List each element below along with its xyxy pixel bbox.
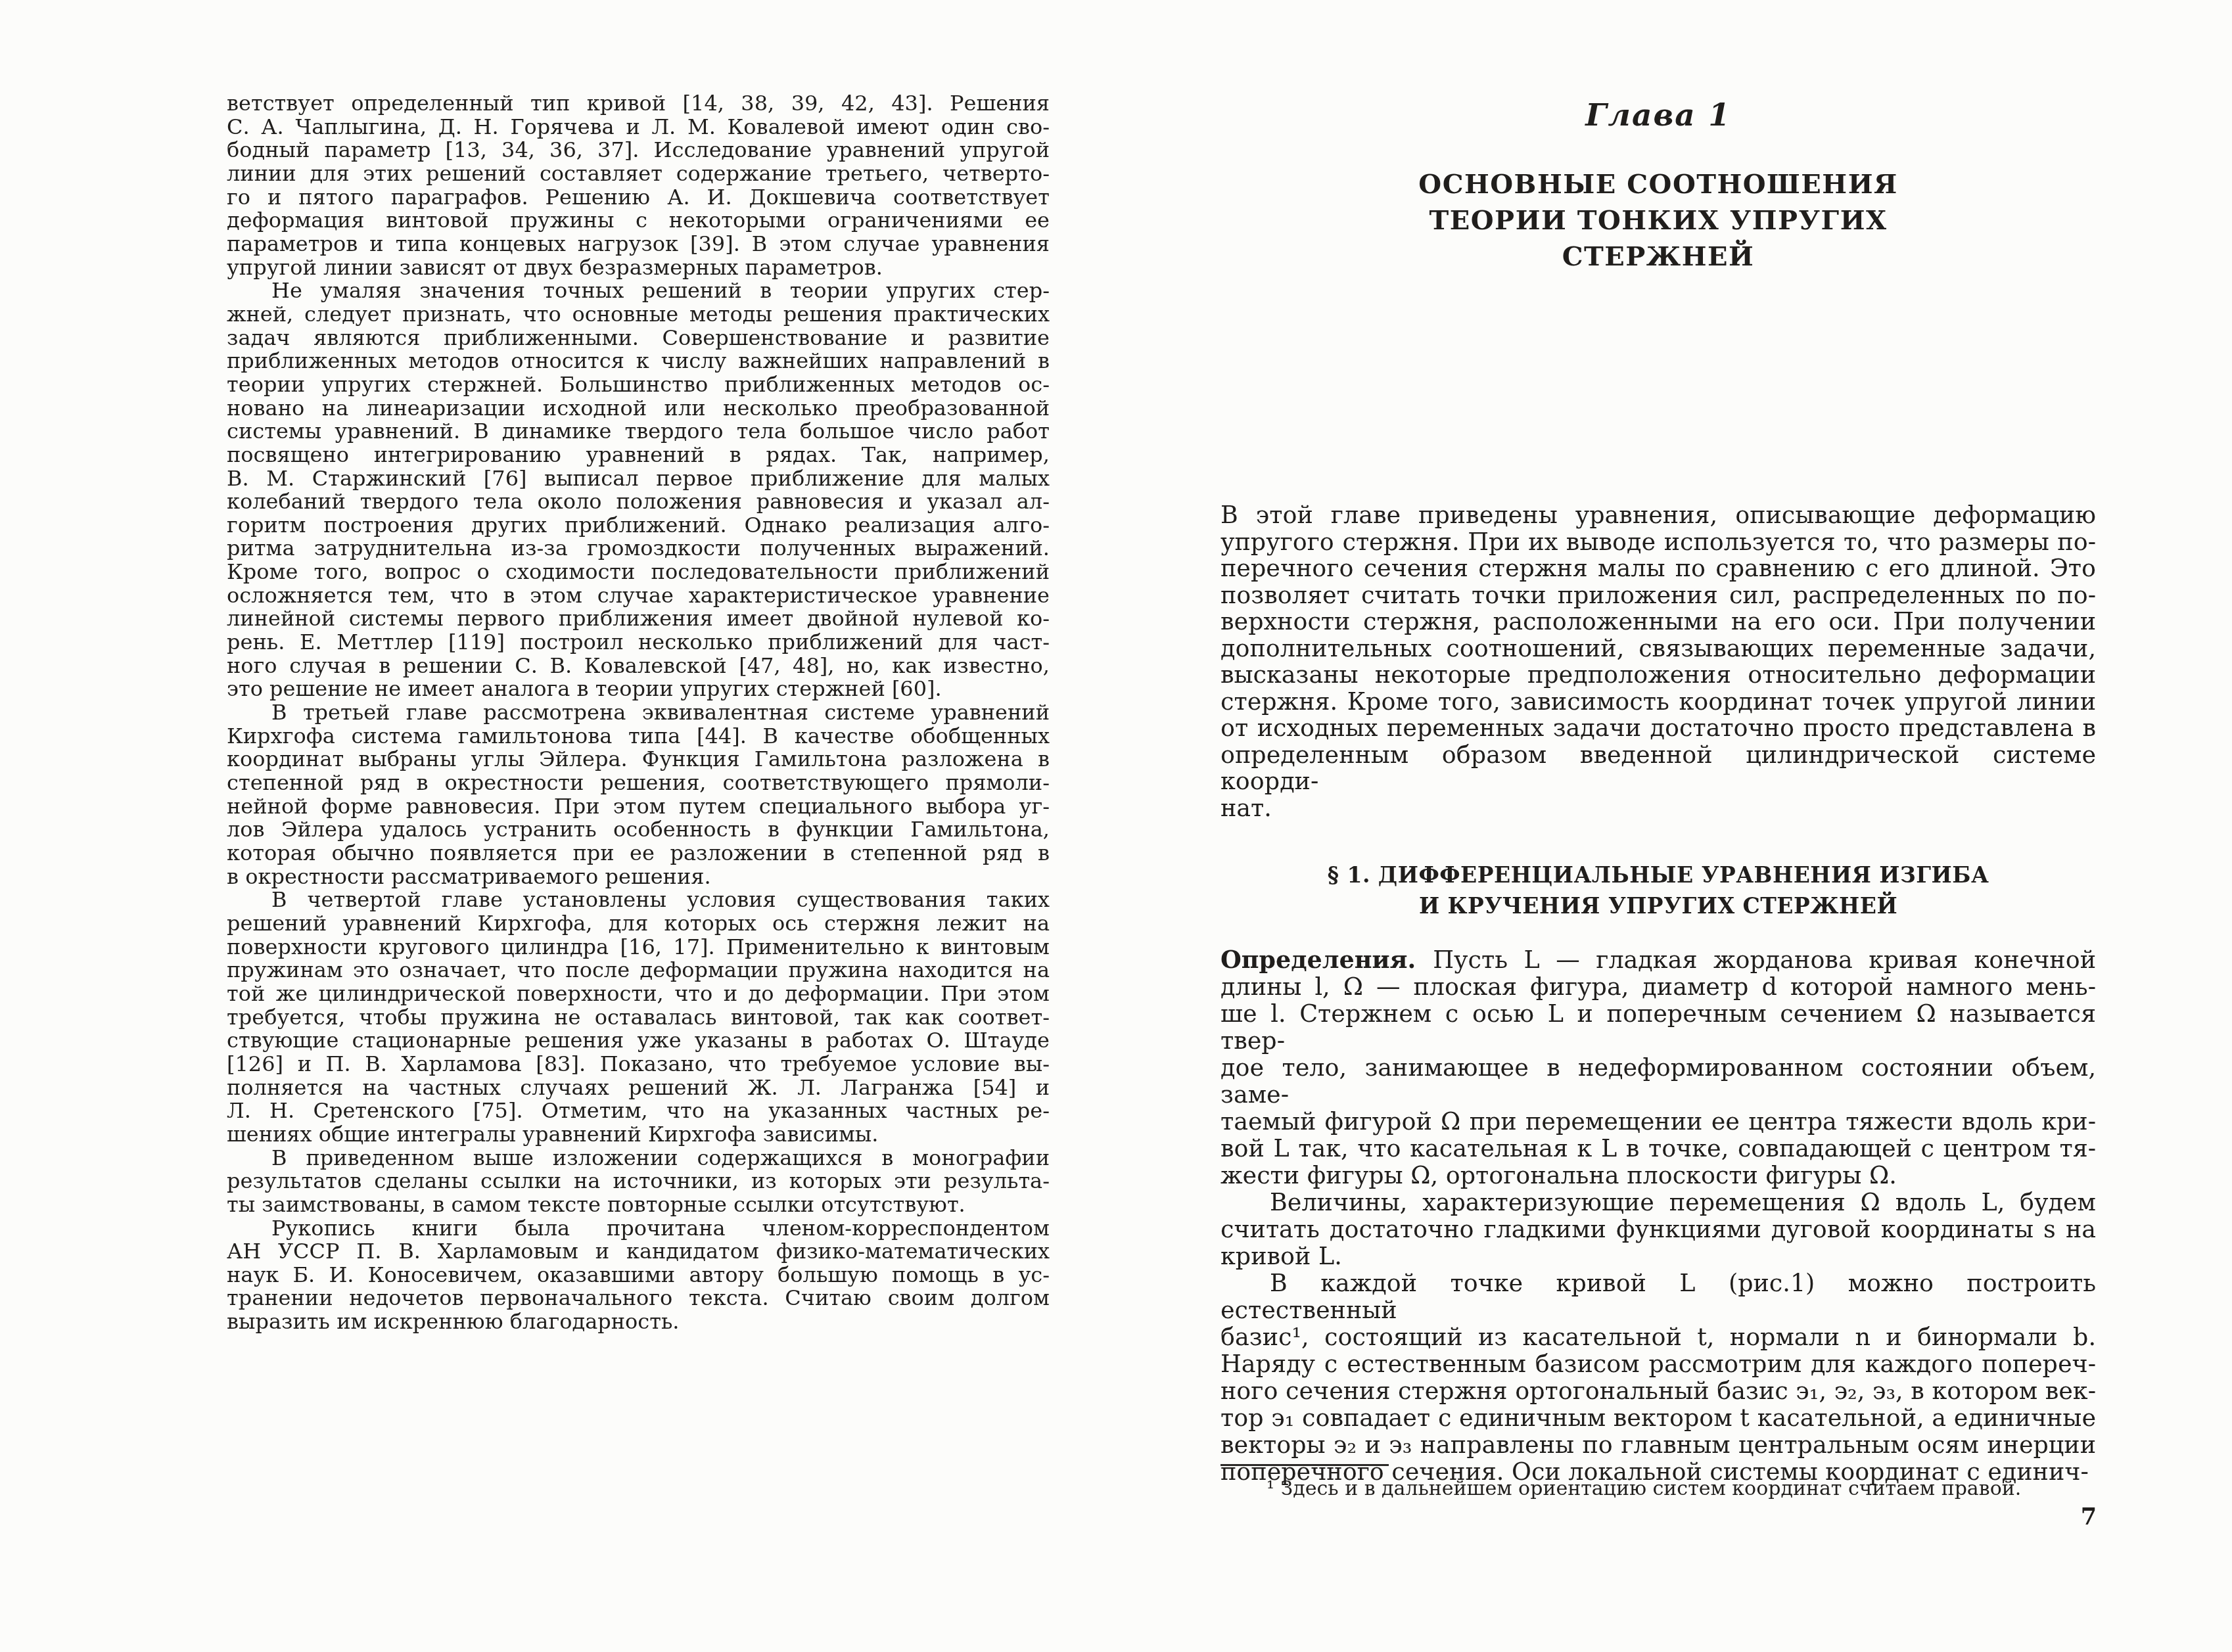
text-line: длины l, Ω — плоская фигура, диаметр d к… — [1221, 973, 2096, 1000]
text-line: перечного сечения стержня малы по сравне… — [1221, 555, 2096, 582]
text-line: позволяет считать точки приложения сил, … — [1221, 582, 2096, 609]
right-page: Глава 1 ОСНОВНЫЕ СООТНОШЕНИЯТЕОРИИ ТОНКИ… — [0, 0, 2232, 1652]
text-line: жести фигуры Ω, ортогональна плоскости ф… — [1221, 1162, 2096, 1189]
text-line: базис¹, состоящий из касательной t, норм… — [1221, 1323, 2096, 1350]
chapter-label: Глава 1 — [1221, 97, 2096, 133]
footnote-rule — [1221, 1464, 1389, 1466]
footnote: ¹ Здесь и в дальнейшем ориентацию систем… — [1221, 1477, 2096, 1501]
text-line: дое тело, занимающее в недеформированном… — [1221, 1054, 2096, 1108]
text-line: упругого стержня. При их выводе использу… — [1221, 529, 2096, 556]
book-spread: ветствует определенный тип кривой [14, 3… — [0, 0, 2232, 1652]
heading-line: ТЕОРИИ ТОНКИХ УПРУГИХ — [1221, 202, 2096, 239]
heading-line: СТЕРЖНЕЙ — [1221, 239, 2096, 275]
text-line: от исходных переменных задачи достаточно… — [1221, 715, 2096, 742]
text-line: В каждой точке кривой L (рис.1) можно по… — [1221, 1270, 2096, 1323]
chapter-title: ОСНОВНЫЕ СООТНОШЕНИЯТЕОРИИ ТОНКИХ УПРУГИ… — [1221, 166, 2096, 275]
chapter-intro-text: В этой главе приведены уравнения, описыв… — [1221, 502, 2096, 821]
section-heading: § 1. ДИФФЕРЕНЦИАЛЬНЫЕ УРАВНЕНИЯ ИЗГИБАИ … — [1221, 860, 2096, 921]
text-line: дополнительных соотношений, связывающих … — [1221, 635, 2096, 662]
section-text: Определения.Пусть L — гладкая жорданова … — [1221, 946, 2096, 1485]
text-line: векторы э₂ и э₃ направлены по главным це… — [1221, 1431, 2096, 1458]
text-line: нат. — [1221, 795, 2096, 822]
text-line: высказаны некоторые предположения относи… — [1221, 662, 2096, 689]
text-line: определенным образом введенной цилиндрич… — [1221, 742, 2096, 795]
text-line: вой L так, что касательная к L в точке, … — [1221, 1135, 2096, 1162]
text-line: считать достаточно гладкими функциями ду… — [1221, 1216, 2096, 1243]
text-line: ного сечения стержня ортогональный базис… — [1221, 1377, 2096, 1404]
text-line: верхности стержня, расположенными на его… — [1221, 608, 2096, 635]
heading-line: ОСНОВНЫЕ СООТНОШЕНИЯ — [1221, 166, 2096, 202]
paragraph-lead-in: Определения. — [1221, 946, 1416, 974]
text-line: таемый фигурой Ω при перемещении ее цент… — [1221, 1108, 2096, 1135]
text-line: тор э₁ совпадает с единичным вектором t … — [1221, 1404, 2096, 1431]
text-line: кривой L. — [1221, 1243, 2096, 1270]
text-line: Наряду с естественным базисом рассмотрим… — [1221, 1350, 2096, 1377]
text-line: стержня. Кроме того, зависимость координ… — [1221, 689, 2096, 716]
text-line: Величины, характеризующие перемещения Ω … — [1221, 1189, 2096, 1216]
page-number: 7 — [2064, 1503, 2097, 1530]
heading-line: § 1. ДИФФЕРЕНЦИАЛЬНЫЕ УРАВНЕНИЯ ИЗГИБА — [1221, 860, 2096, 890]
text-line: Определения.Пусть L — гладкая жорданова … — [1221, 946, 2096, 973]
heading-line: И КРУЧЕНИЯ УПРУГИХ СТЕРЖНЕЙ — [1221, 890, 2096, 921]
text-line: В этой главе приведены уравнения, описыв… — [1221, 502, 2096, 529]
text-line: ше l. Стержнем с осью L и поперечным сеч… — [1221, 1000, 2096, 1054]
